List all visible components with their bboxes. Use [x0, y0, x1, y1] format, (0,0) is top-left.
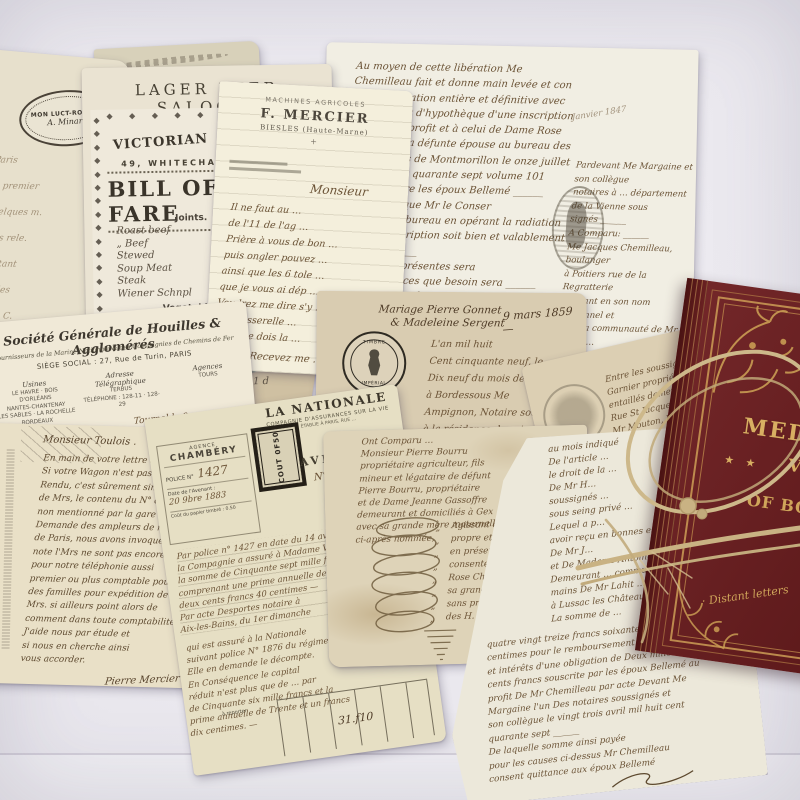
mercier-letterhead: MACHINES AGRICOLES F. MERCIER BIESLES (H… — [217, 93, 413, 151]
marriage-title-line1: Mariage Pierre Gonnet — [378, 303, 502, 316]
victorian-brand: VICTORIAN — [112, 132, 208, 154]
marriage-title-line2: & Madeleine Sergent — [390, 316, 505, 329]
timbre-imperial-seal: TIMBRE IMPÉRIAL — [342, 331, 407, 396]
letter-salutation: Monsieur — [309, 182, 369, 199]
photo-ephemera-flatlay: MON LUCT-ROCQUE A. Minard Paris Je premi… — [0, 0, 800, 800]
faded-handwriting: Paris Je premier quelques m. vous rele. … — [0, 147, 52, 329]
cost-stamp-text: COUT 0F50 — [271, 431, 286, 484]
societe-telegraph-column: Adresse Télégraphique TERBUS TÉLÉPHONE :… — [80, 368, 163, 412]
menu-item-name: Roast beef — [116, 225, 170, 239]
menu-item-price: 1 d — [253, 376, 269, 389]
book-title-v: V — [787, 456, 800, 478]
agency-info-box: AGENCE CHAMBÉRY POLICE N°1427 Date de l'… — [156, 433, 261, 545]
letter-closing: Recevez me … — [249, 351, 324, 366]
menu-item-name: Wiener Schnpl — [117, 287, 192, 301]
menu-item-name: „ Beef — [117, 238, 148, 251]
menu-border-left: ◆ ◆ ◆ ◆ ◆ ◆ ◆ ◆ ◆ ◆ ◆ ◆ ◆ ◆ ◆ ◆ ◆ — [93, 114, 103, 342]
gold-corner-flourish-bottom — [664, 571, 764, 661]
gold-corner-flourish-top — [705, 296, 800, 414]
menu-item-name: Stewed — [117, 250, 155, 263]
fine-print-line — [229, 160, 287, 166]
printed-margin-column — [2, 449, 15, 649]
police-label: POLICE N° — [166, 474, 195, 484]
letter-signature: Pierre Mercier — [104, 673, 180, 687]
menu-item-name: Soup Meat — [117, 262, 172, 276]
premium-amount: 31.f10 — [338, 709, 374, 727]
seal-text-top: TIMBRE — [344, 340, 404, 346]
cone-doodle — [420, 628, 461, 663]
marriage-date: 9 mars 1859 — — [502, 303, 586, 336]
societe-usines-column: Usines LE HAVRE · BOIS D'ORLÉANS NANTES-… — [0, 378, 78, 430]
seal-figure-icon — [362, 347, 386, 377]
menu-item-name: Steak — [117, 275, 146, 288]
fine-print-line — [229, 167, 301, 173]
societe-agences-column: Agences TOURS — [175, 361, 240, 382]
police-number: 1427 — [197, 462, 229, 480]
